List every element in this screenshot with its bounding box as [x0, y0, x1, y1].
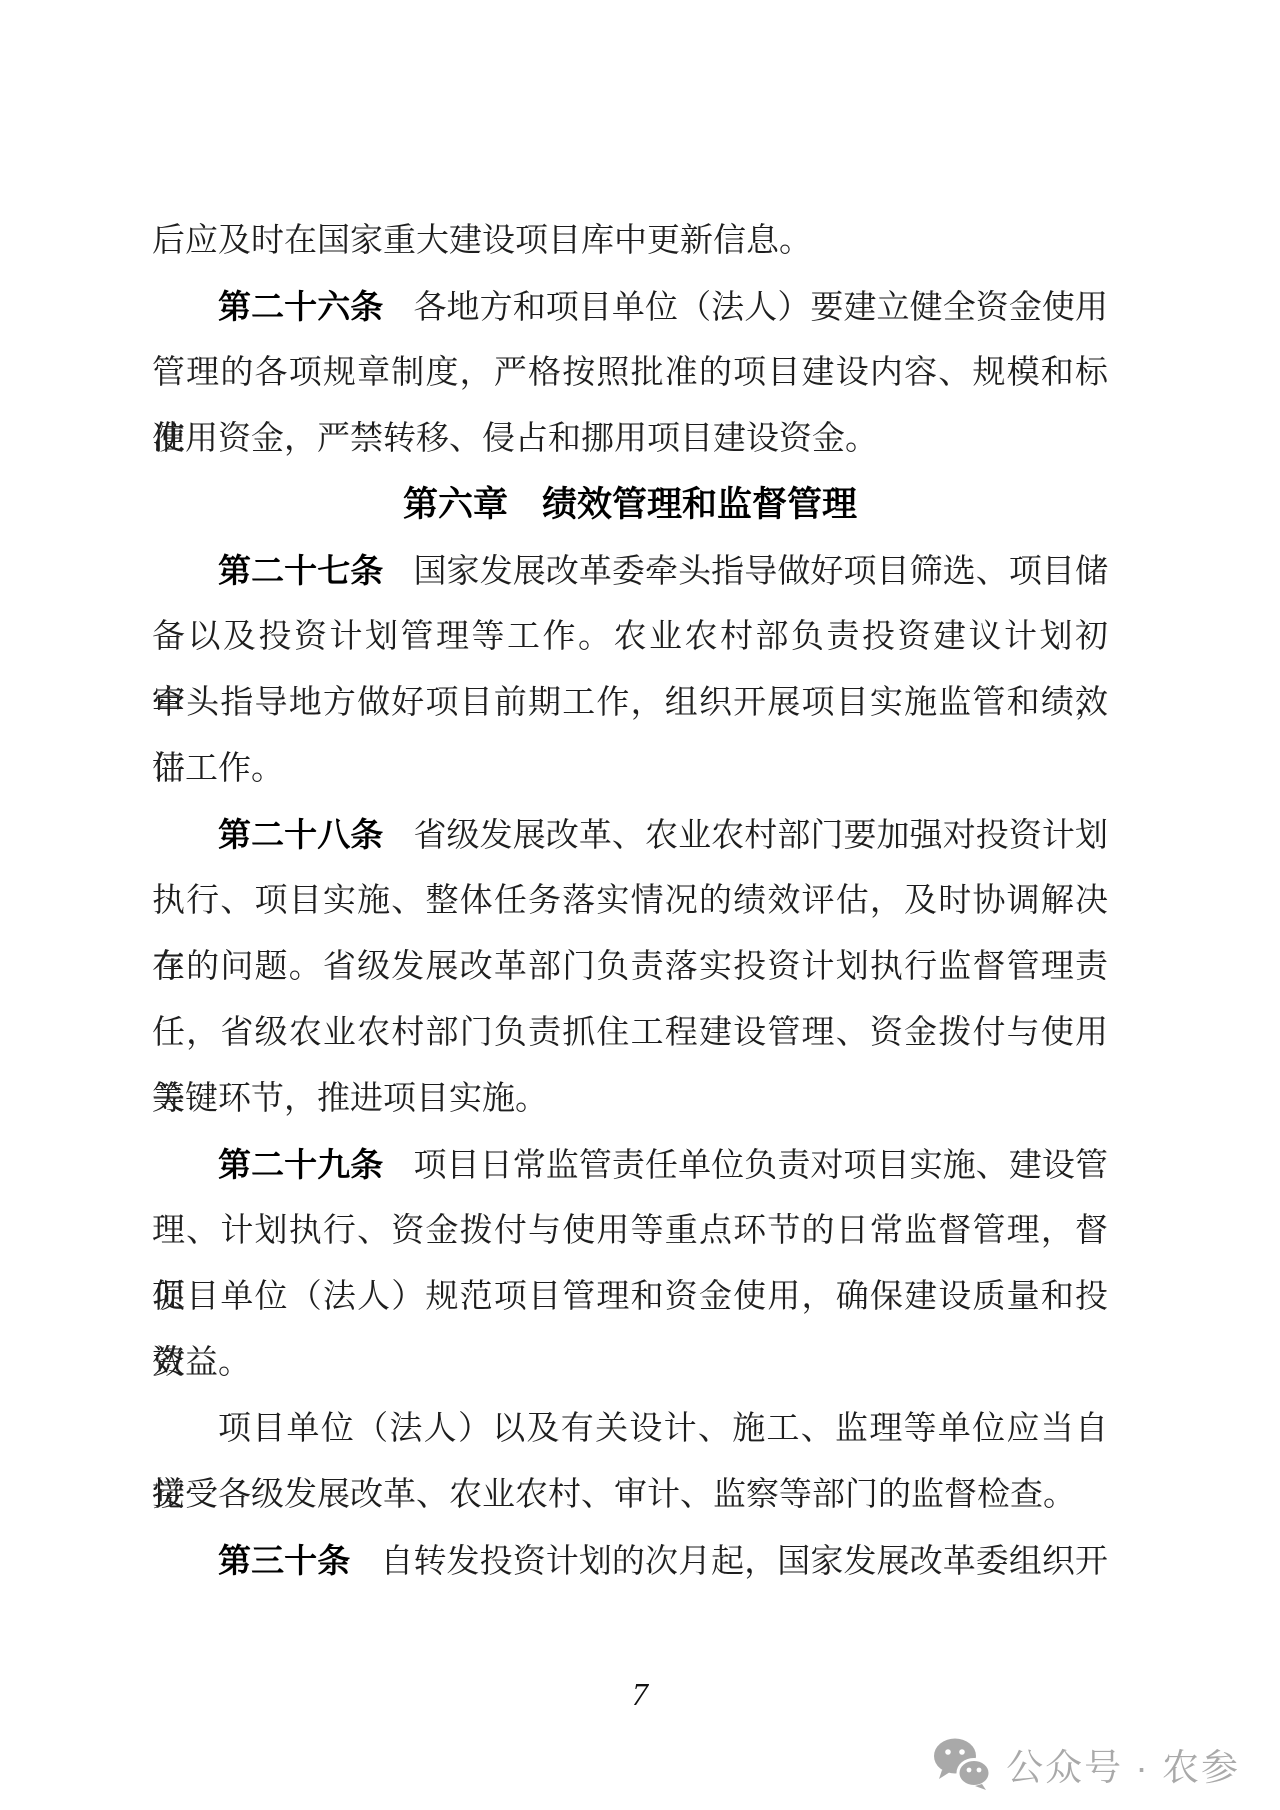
- text-line: 在的问题。省级发展改革部门负责落实投资计划执行监督管理责: [152, 934, 1108, 1000]
- wechat-icon: [932, 1737, 992, 1791]
- line-text: 效益。: [152, 1345, 251, 1381]
- text-line: 关键环节，推进项目实施。: [152, 1066, 1108, 1132]
- text-line: 理、计划执行、资金拨付与使用等重点环节的日常监督管理，督促: [152, 1198, 1108, 1264]
- article-line: 第三十条自转发投资计划的次月起，国家发展改革委组织开: [152, 1528, 1108, 1594]
- line-text: 关键环节，推进项目实施。: [152, 1081, 548, 1117]
- line-text: 省级发展改革、农业农村部门要加强对投资计划: [413, 818, 1108, 854]
- line-text: 后应及时在国家重大建设项目库中更新信息。: [152, 223, 812, 259]
- article-line: 第二十九条项目日常监管责任单位负责对项目实施、建设管: [152, 1132, 1108, 1198]
- text-line: 牵头指导地方做好项目前期工作，组织开展项目实施监管和绩效评: [152, 670, 1108, 736]
- line-text: 绩效管理和监督管理: [542, 485, 857, 524]
- article-line: 第二十八条省级发展改革、农业农村部门要加强对投资计划: [152, 802, 1108, 868]
- text-line: 项目单位（法人）规范项目管理和资金使用，确保建设质量和投资: [152, 1264, 1108, 1330]
- text-line: 管理的各项规章制度，严格按照批准的项目建设内容、规模和标准: [152, 340, 1108, 406]
- text-line: 备以及投资计划管理等工作。农业农村部负责投资建议计划初审，: [152, 604, 1108, 670]
- watermark-text: 公众号 · 农参: [1006, 1737, 1240, 1791]
- text-line: 效益。: [152, 1330, 1108, 1396]
- chapter-heading: 第六章绩效管理和监督管理: [152, 472, 1108, 538]
- article-number: 第二十六条: [218, 288, 383, 325]
- line-text: 各地方和项目单位（法人）要建立健全资金使用: [413, 290, 1108, 326]
- text-line: 估工作。: [152, 736, 1108, 802]
- text-line: 使用资金，严禁转移、侵占和挪用项目建设资金。: [152, 406, 1108, 472]
- article-line: 第二十六条各地方和项目单位（法人）要建立健全资金使用: [152, 274, 1108, 340]
- article-number: 第三十条: [218, 1542, 350, 1579]
- line-text: 估工作。: [152, 751, 284, 787]
- text-line: 后应及时在国家重大建设项目库中更新信息。: [152, 208, 1108, 274]
- text-line: 接受各级发展改革、农业农村、审计、监察等部门的监督检查。: [152, 1462, 1108, 1528]
- chapter-number: 第六章: [403, 485, 508, 524]
- text-line: 任，省级农业农村部门负责抓住工程建设管理、资金拨付与使用等: [152, 1000, 1108, 1066]
- article-number: 第二十八条: [218, 816, 383, 853]
- page-number: 7: [0, 1676, 1280, 1713]
- line-text: 接受各级发展改革、农业农村、审计、监察等部门的监督检查。: [152, 1477, 1076, 1513]
- line-text: 国家发展改革委牵头指导做好项目筛选、项目储: [413, 554, 1108, 590]
- line-text: 自转发投资计划的次月起，国家发展改革委组织开: [380, 1544, 1108, 1580]
- article-line: 第二十七条国家发展改革委牵头指导做好项目筛选、项目储: [152, 538, 1108, 604]
- document-body: 后应及时在国家重大建设项目库中更新信息。第二十六条各地方和项目单位（法人）要建立…: [152, 208, 1108, 1594]
- document-page: 后应及时在国家重大建设项目库中更新信息。第二十六条各地方和项目单位（法人）要建立…: [0, 0, 1280, 1810]
- line-text: 项目日常监管责任单位负责对项目实施、建设管: [413, 1148, 1108, 1184]
- text-line: 执行、项目实施、整体任务落实情况的绩效评估，及时协调解决存: [152, 868, 1108, 934]
- article-number: 第二十七条: [218, 552, 383, 589]
- line-text: 在的问题。省级发展改革部门负责落实投资计划执行监督管理责: [152, 949, 1108, 985]
- text-line: 项目单位（法人）以及有关设计、施工、监理等单位应当自觉: [152, 1396, 1108, 1462]
- line-text: 使用资金，严禁转移、侵占和挪用项目建设资金。: [152, 421, 878, 457]
- article-number: 第二十九条: [218, 1146, 383, 1183]
- watermark: 公众号 · 农参: [932, 1737, 1240, 1791]
